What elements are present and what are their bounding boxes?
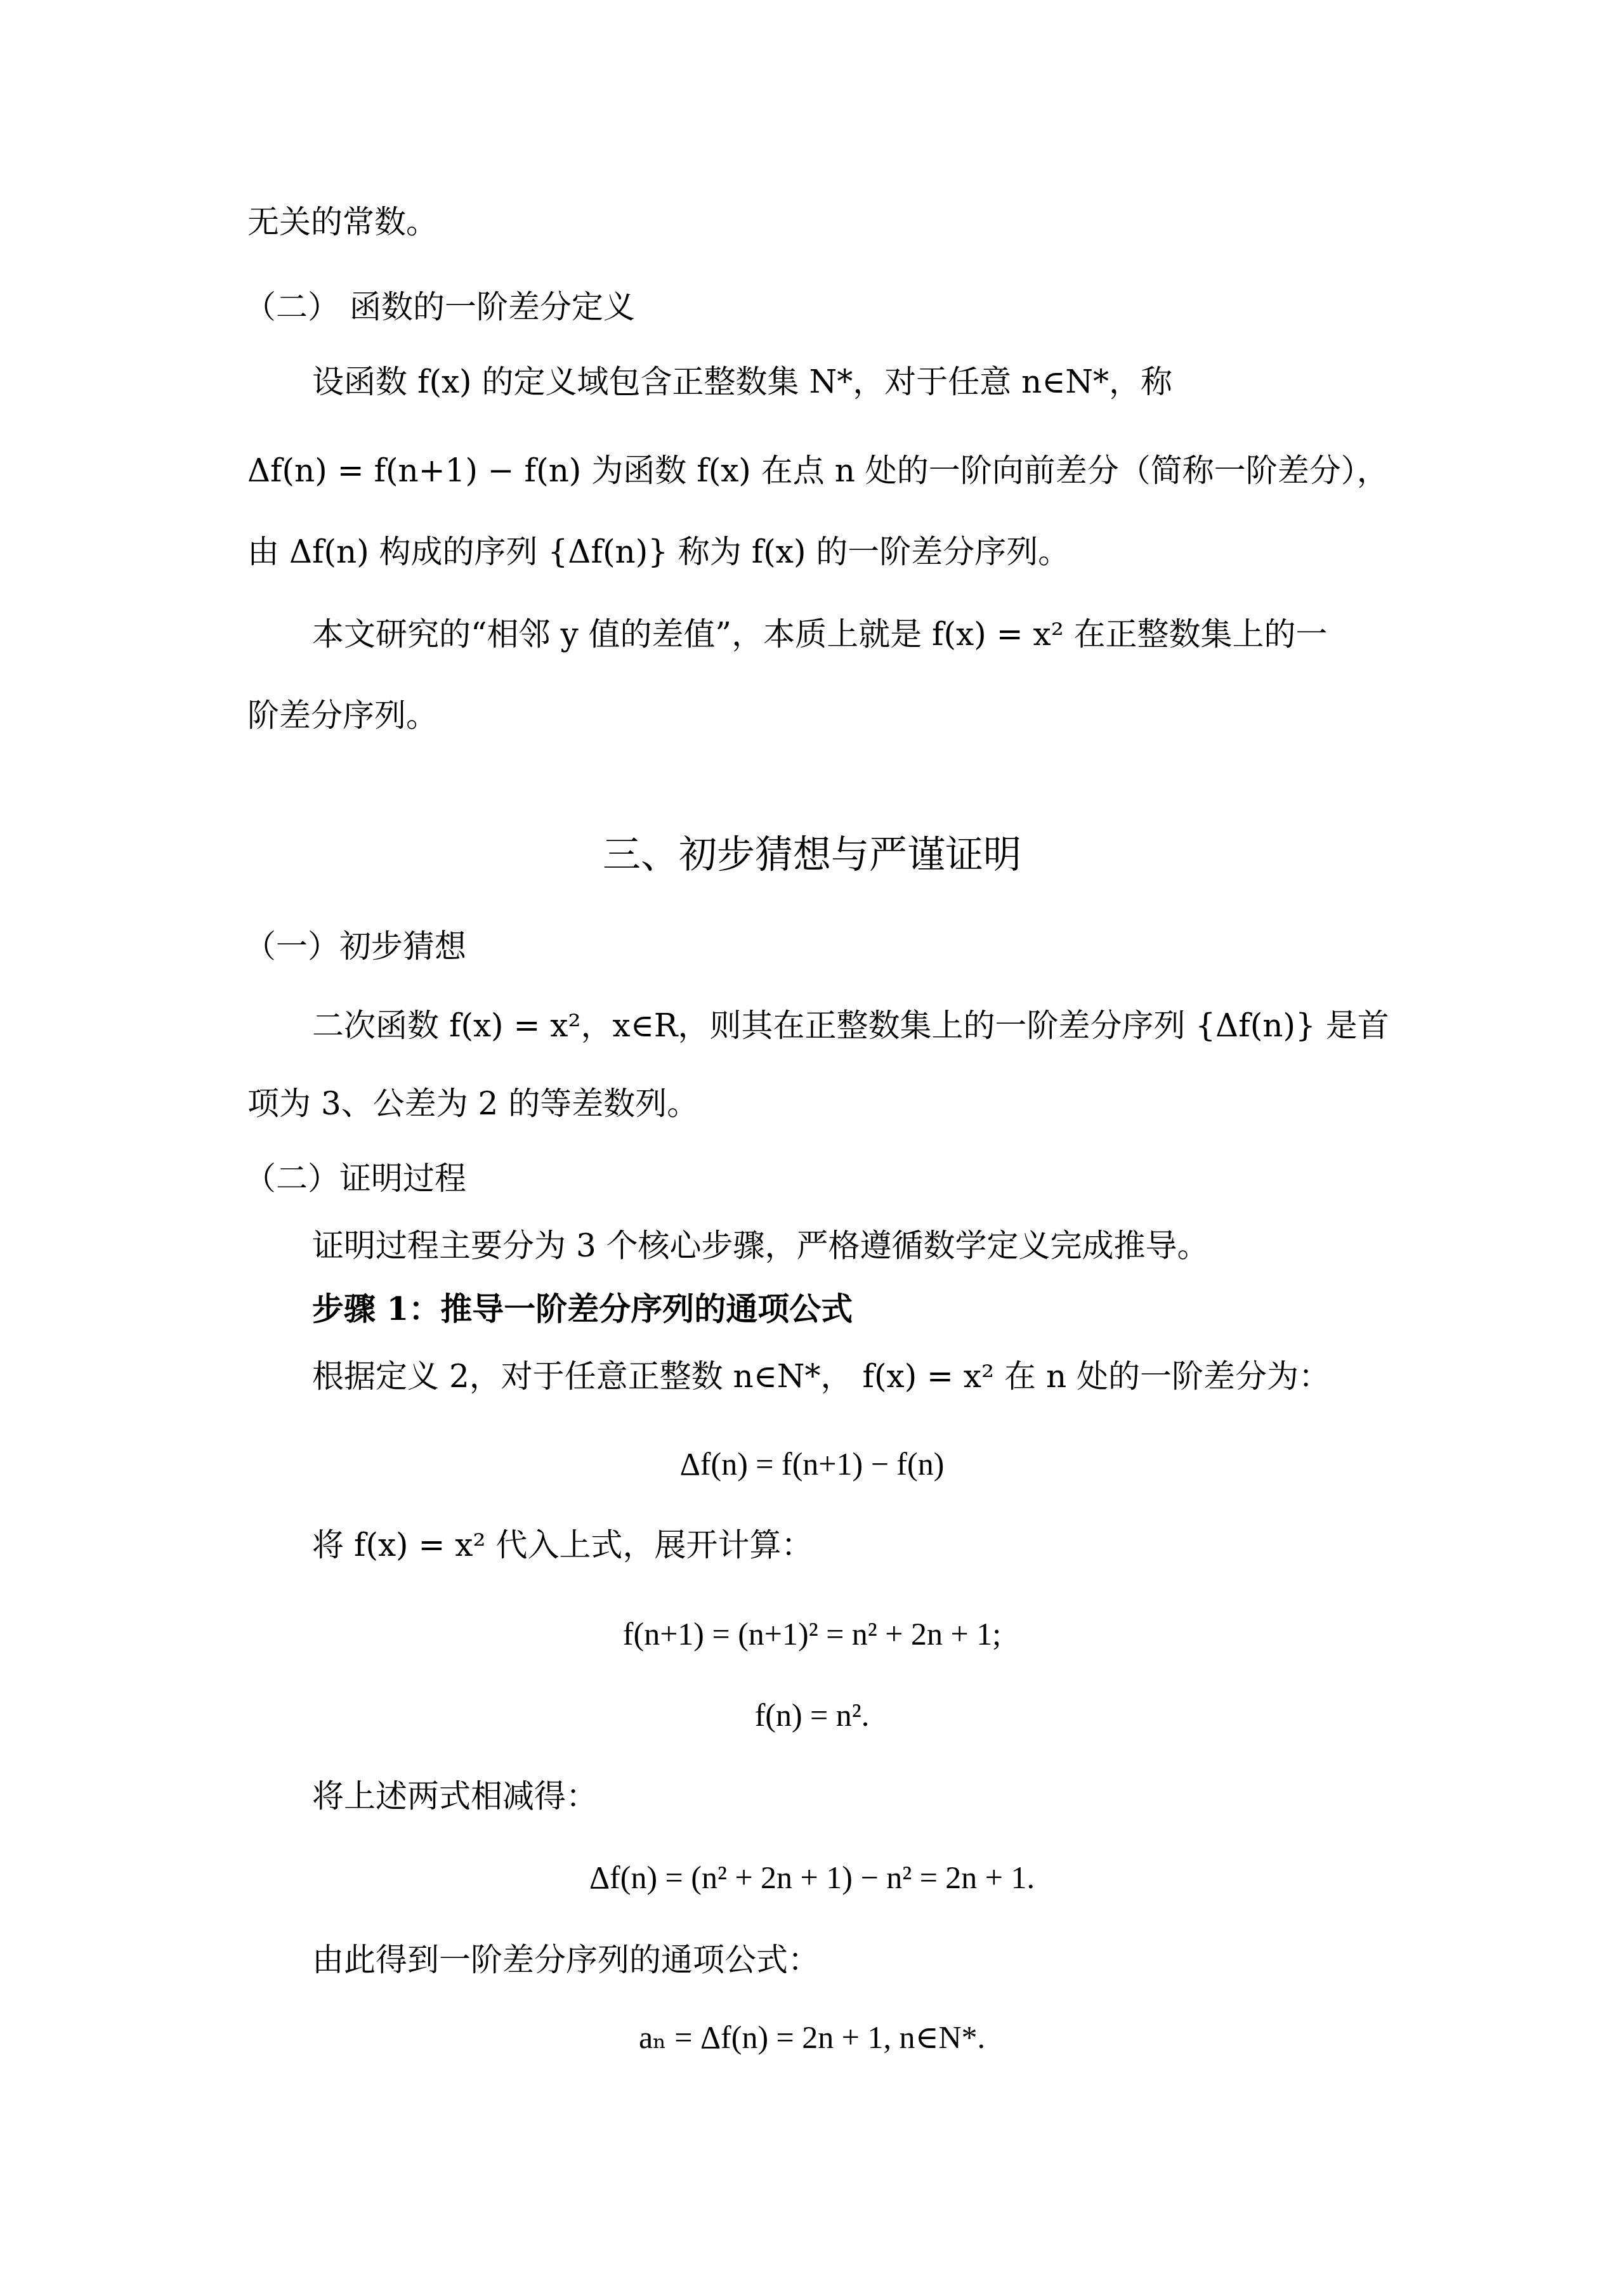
paragraph-research-2: 阶差分序列。 — [247, 695, 438, 736]
paragraph-research-1: 本文研究的“相邻 y 值的差值”，本质上就是 f(x) = x² 在正整数集上的… — [312, 614, 1328, 655]
equation-general-term: aₙ = Δf(n) = 2n + 1, n∈N*. — [0, 2017, 1624, 2058]
equation-delta-result: Δf(n) = (n² + 2n + 1) − n² = 2n + 1. — [0, 1857, 1624, 1898]
equation-f-n: f(n) = n². — [0, 1695, 1624, 1735]
paragraph-conjecture-1: 二次函数 f(x) = x²，x∈R，则其在正整数集上的一阶差分序列 {Δf(n… — [312, 1005, 1389, 1046]
step-1-heading: 步骤 1：推导一阶差分序列的通项公式 — [312, 1289, 853, 1329]
document-page: 无关的常数。 （二） 函数的一阶差分定义 设函数 f(x) 的定义域包含正整数集… — [0, 0, 1624, 2296]
paragraph-conjecture-2: 项为 3、公差为 2 的等差数列。 — [247, 1083, 698, 1124]
paragraph-definition-1: 设函数 f(x) 的定义域包含正整数集 N*，对于任意 n∈N*，称 — [312, 362, 1172, 402]
paragraph-proof-intro: 证明过程主要分为 3 个核心步骤，严格遵循数学定义完成推导。 — [312, 1225, 1209, 1266]
paragraph-definition-2: Δf(n) = f(n+1) − f(n) 为函数 f(x) 在点 n 处的一阶… — [247, 450, 1389, 491]
paragraph-continuation: 无关的常数。 — [247, 202, 438, 242]
paragraph-subtract: 将上述两式相减得： — [312, 1776, 598, 1817]
subsection-heading-conjecture: （一）初步猜想 — [244, 926, 466, 967]
paragraph-step1-def: 根据定义 2，对于任意正整数 n∈N*， f(x) = x² 在 n 处的一阶差… — [312, 1356, 1330, 1397]
subsection-heading-definition: （二） 函数的一阶差分定义 — [244, 287, 635, 327]
paragraph-general-term: 由此得到一阶差分序列的通项公式： — [312, 1940, 820, 1980]
equation-f-n-plus-1: f(n+1) = (n+1)² = n² + 2n + 1; — [0, 1614, 1624, 1654]
paragraph-substitute: 将 f(x) = x² 代入上式，展开计算： — [312, 1525, 813, 1565]
paragraph-definition-3: 由 Δf(n) 构成的序列 {Δf(n)} 称为 f(x) 的一阶差分序列。 — [247, 532, 1070, 572]
section-title: 三、初步猜想与严谨证明 — [0, 830, 1624, 880]
equation-difference-def: Δf(n) = f(n+1) − f(n) — [0, 1444, 1624, 1484]
subsection-heading-proof: （二）证明过程 — [244, 1158, 466, 1199]
